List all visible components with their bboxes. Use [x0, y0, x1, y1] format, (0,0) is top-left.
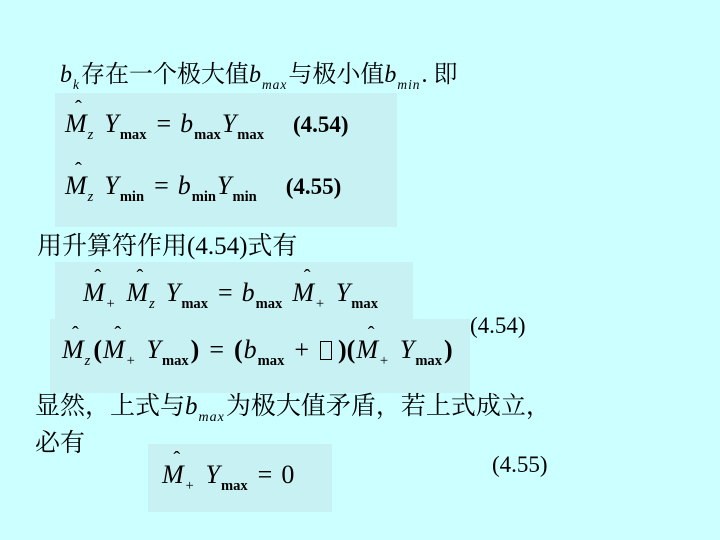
circumflex-hat-icon: ˆ	[114, 323, 121, 346]
text-segment: (	[93, 335, 102, 364]
operator: =	[218, 278, 233, 307]
text-segment: Ymin	[104, 171, 144, 200]
text-segment: 0	[281, 460, 294, 489]
text-segment: . 即	[422, 62, 458, 88]
text-segment: bmax	[185, 393, 225, 420]
subscript: max	[262, 77, 287, 92]
subscript: z	[88, 127, 95, 143]
text-segment: Ymax	[104, 109, 146, 138]
operator: +	[294, 335, 309, 364]
raising-operator-line: 用升算符作用(4.54)式有	[37, 226, 297, 262]
slide-canvas: bk存在一个极大值bmax与极小值bmin. 即 ˆMzYmax=bmaxYma…	[0, 0, 720, 540]
subscript: min	[192, 189, 216, 205]
operator: =	[154, 171, 169, 200]
equation-mz-ymin: ˆMzYmin=bminYmin(4.55)	[55, 155, 397, 227]
hat-operator: ˆMz	[65, 171, 94, 206]
circumflex-hat-icon: ˆ	[304, 266, 311, 289]
subscript: min	[232, 189, 256, 205]
subscript: +	[379, 353, 390, 369]
equation-mplus-ymax-zero: ˆM+Ymax=0	[148, 444, 332, 512]
eq-label-454-top: (4.54)	[293, 112, 349, 137]
subscript: max	[199, 410, 225, 425]
operator: =	[258, 460, 273, 489]
subscript: min	[120, 189, 144, 205]
text-segment: Ymax	[206, 460, 248, 489]
subscript: k	[73, 77, 80, 92]
hat-operator: ˆM+	[356, 335, 390, 370]
text-segment: bmax	[180, 109, 221, 138]
hat-operator: ˆM+	[162, 460, 196, 495]
text-segment: 与极小值	[288, 62, 384, 88]
subscript: max	[415, 353, 442, 369]
subscript: max	[237, 127, 264, 143]
subscript: max	[162, 353, 189, 369]
text-segment: Ymax	[400, 335, 442, 364]
subscript: max	[181, 296, 208, 312]
subscript: z	[149, 296, 156, 312]
equation-commutation-result: ˆMz(ˆM+Ymax)=(bmax+)(ˆM+Ymax)	[50, 319, 470, 393]
circumflex-hat-icon: ˆ	[173, 448, 180, 471]
text-segment: 显然，上式与	[35, 393, 185, 420]
eq-label-455-bottom: (4.55)	[492, 452, 548, 478]
text-segment: bmax	[242, 278, 283, 307]
equation-mplus-mz-body: ˆM+ˆMzYmax=bmaxˆM+Ymax	[83, 278, 379, 307]
conclusion-line-2: 必有	[35, 423, 85, 459]
text-segment: )(	[338, 335, 355, 364]
hat-operator: ˆM+	[83, 278, 117, 313]
text-segment: bmax	[249, 62, 287, 88]
subscript: +	[185, 478, 196, 494]
text-segment: Ymax	[166, 278, 208, 307]
subscript: max	[256, 296, 283, 312]
text-segment: 存在一个极大值	[81, 62, 249, 88]
text-segment: bk	[60, 62, 80, 88]
missing-hbar-glyph-box	[320, 341, 332, 360]
text-segment: bmax	[244, 335, 285, 364]
conclusion-line-1: 显然，上式与bmax为极大值矛盾，若上式成立，	[35, 386, 551, 426]
text-segment: )	[444, 335, 453, 364]
text-segment: Ymax	[222, 109, 264, 138]
equation-mplus-ymax-zero-body: ˆM+Ymax=0	[162, 460, 294, 489]
operator: =	[156, 109, 171, 138]
hat-operator: ˆMz	[65, 109, 94, 144]
text-segment: Ymin	[217, 171, 257, 200]
circumflex-hat-icon: ˆ	[136, 266, 143, 289]
text-segment: 为极大值矛盾，若上式成立，	[226, 393, 551, 420]
subscript: min	[397, 77, 420, 92]
text-segment: Ymax	[147, 335, 189, 364]
subscript: +	[106, 296, 117, 312]
subscript: max	[194, 127, 221, 143]
subscript: max	[258, 353, 285, 369]
subscript: max	[221, 478, 248, 494]
circumflex-hat-icon: ˆ	[75, 159, 82, 182]
operator: =	[209, 335, 224, 364]
subscript: max	[351, 296, 378, 312]
subscript: z	[85, 353, 92, 369]
subscript: z	[88, 189, 95, 205]
eq-label-454-mid: (4.54)	[470, 313, 526, 339]
equation-mz-ymax-body: ˆMzYmax=bmaxYmax	[65, 109, 265, 138]
equation-commutation-result-body: ˆMz(ˆM+Ymax)=(bmax+)(ˆM+Ymax)	[62, 335, 454, 364]
subscript: +	[315, 296, 326, 312]
text-segment: Ymax	[336, 278, 378, 307]
hat-operator: ˆMz	[127, 278, 156, 313]
circumflex-hat-icon: ˆ	[75, 97, 82, 120]
hat-operator: ˆM+	[292, 278, 326, 313]
text-segment: )	[191, 335, 200, 364]
text-segment: bmin	[384, 62, 420, 88]
hat-operator: ˆMz	[62, 335, 91, 370]
subscript: max	[120, 127, 147, 143]
subscript: +	[126, 353, 137, 369]
text-segment: (	[234, 335, 243, 364]
circumflex-hat-icon: ˆ	[72, 323, 79, 346]
hat-operator: ˆM+	[103, 335, 137, 370]
equation-mz-ymin-body: ˆMzYmin=bminYmin	[65, 171, 258, 200]
circumflex-hat-icon: ˆ	[94, 266, 101, 289]
eq-label-455-top: (4.55)	[286, 174, 342, 199]
circumflex-hat-icon: ˆ	[368, 323, 375, 346]
text-segment: bmin	[178, 171, 216, 200]
intro-line: bk存在一个极大值bmax与极小值bmin. 即	[60, 54, 458, 93]
